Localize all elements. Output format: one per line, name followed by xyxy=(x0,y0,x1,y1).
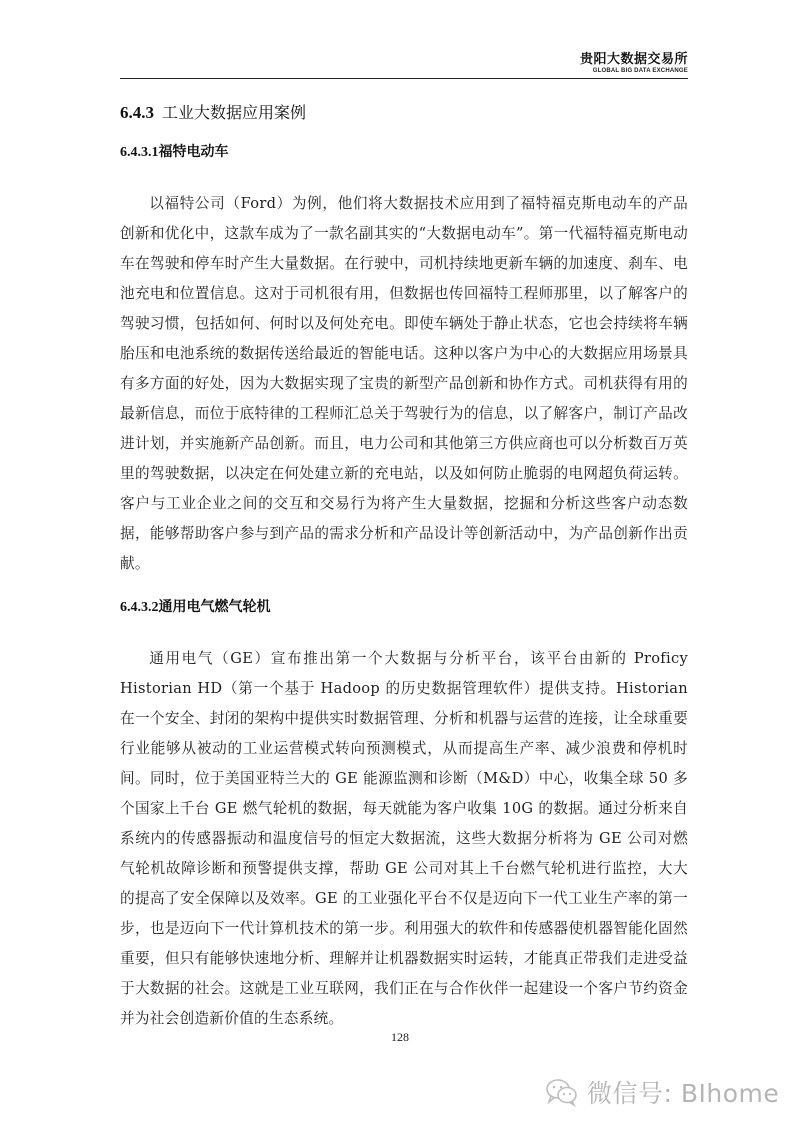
subsection-title: 福特电动车 xyxy=(159,144,229,160)
watermark-text: 微信号: BIhome xyxy=(587,1074,779,1110)
subsection-heading-ford: 6.4.3.1福特电动车 xyxy=(120,140,688,165)
wechat-icon xyxy=(545,1077,579,1107)
paragraph-ford: 以福特公司（Ford）为例，他们将大数据技术应用到了福特福克斯电动车的产品创新和… xyxy=(120,189,688,579)
subsection-number: 6.4.3.1 xyxy=(120,145,159,160)
paragraph-ge: 通用电气（GE）宣布推出第一个大数据与分析平台，该平台由新的 Proficy H… xyxy=(120,644,688,1034)
subsection-title: 通用电气燃气轮机 xyxy=(159,599,271,615)
section-heading: 6.4.3工业大数据应用案例 xyxy=(120,98,688,128)
logo-english-name: GLOBAL BIG DATA EXCHANGE xyxy=(580,67,688,75)
page-header: 贵阳大数据交易所 GLOBAL BIG DATA EXCHANGE xyxy=(120,50,688,79)
page-content: 6.4.3工业大数据应用案例 6.4.3.1福特电动车 以福特公司（Ford）为… xyxy=(120,98,688,1034)
subsection-heading-ge: 6.4.3.2通用电气燃气轮机 xyxy=(120,595,688,620)
page-number: 128 xyxy=(0,1030,800,1045)
logo-chinese-name: 贵阳大数据交易所 xyxy=(580,52,688,67)
subsection-number: 6.4.3.2 xyxy=(120,600,159,615)
section-title: 工业大数据应用案例 xyxy=(162,103,306,122)
wechat-watermark: 微信号: BIhome xyxy=(545,1072,779,1112)
exchange-logo: 贵阳大数据交易所 GLOBAL BIG DATA EXCHANGE xyxy=(580,52,688,75)
section-number: 6.4.3 xyxy=(120,103,154,122)
